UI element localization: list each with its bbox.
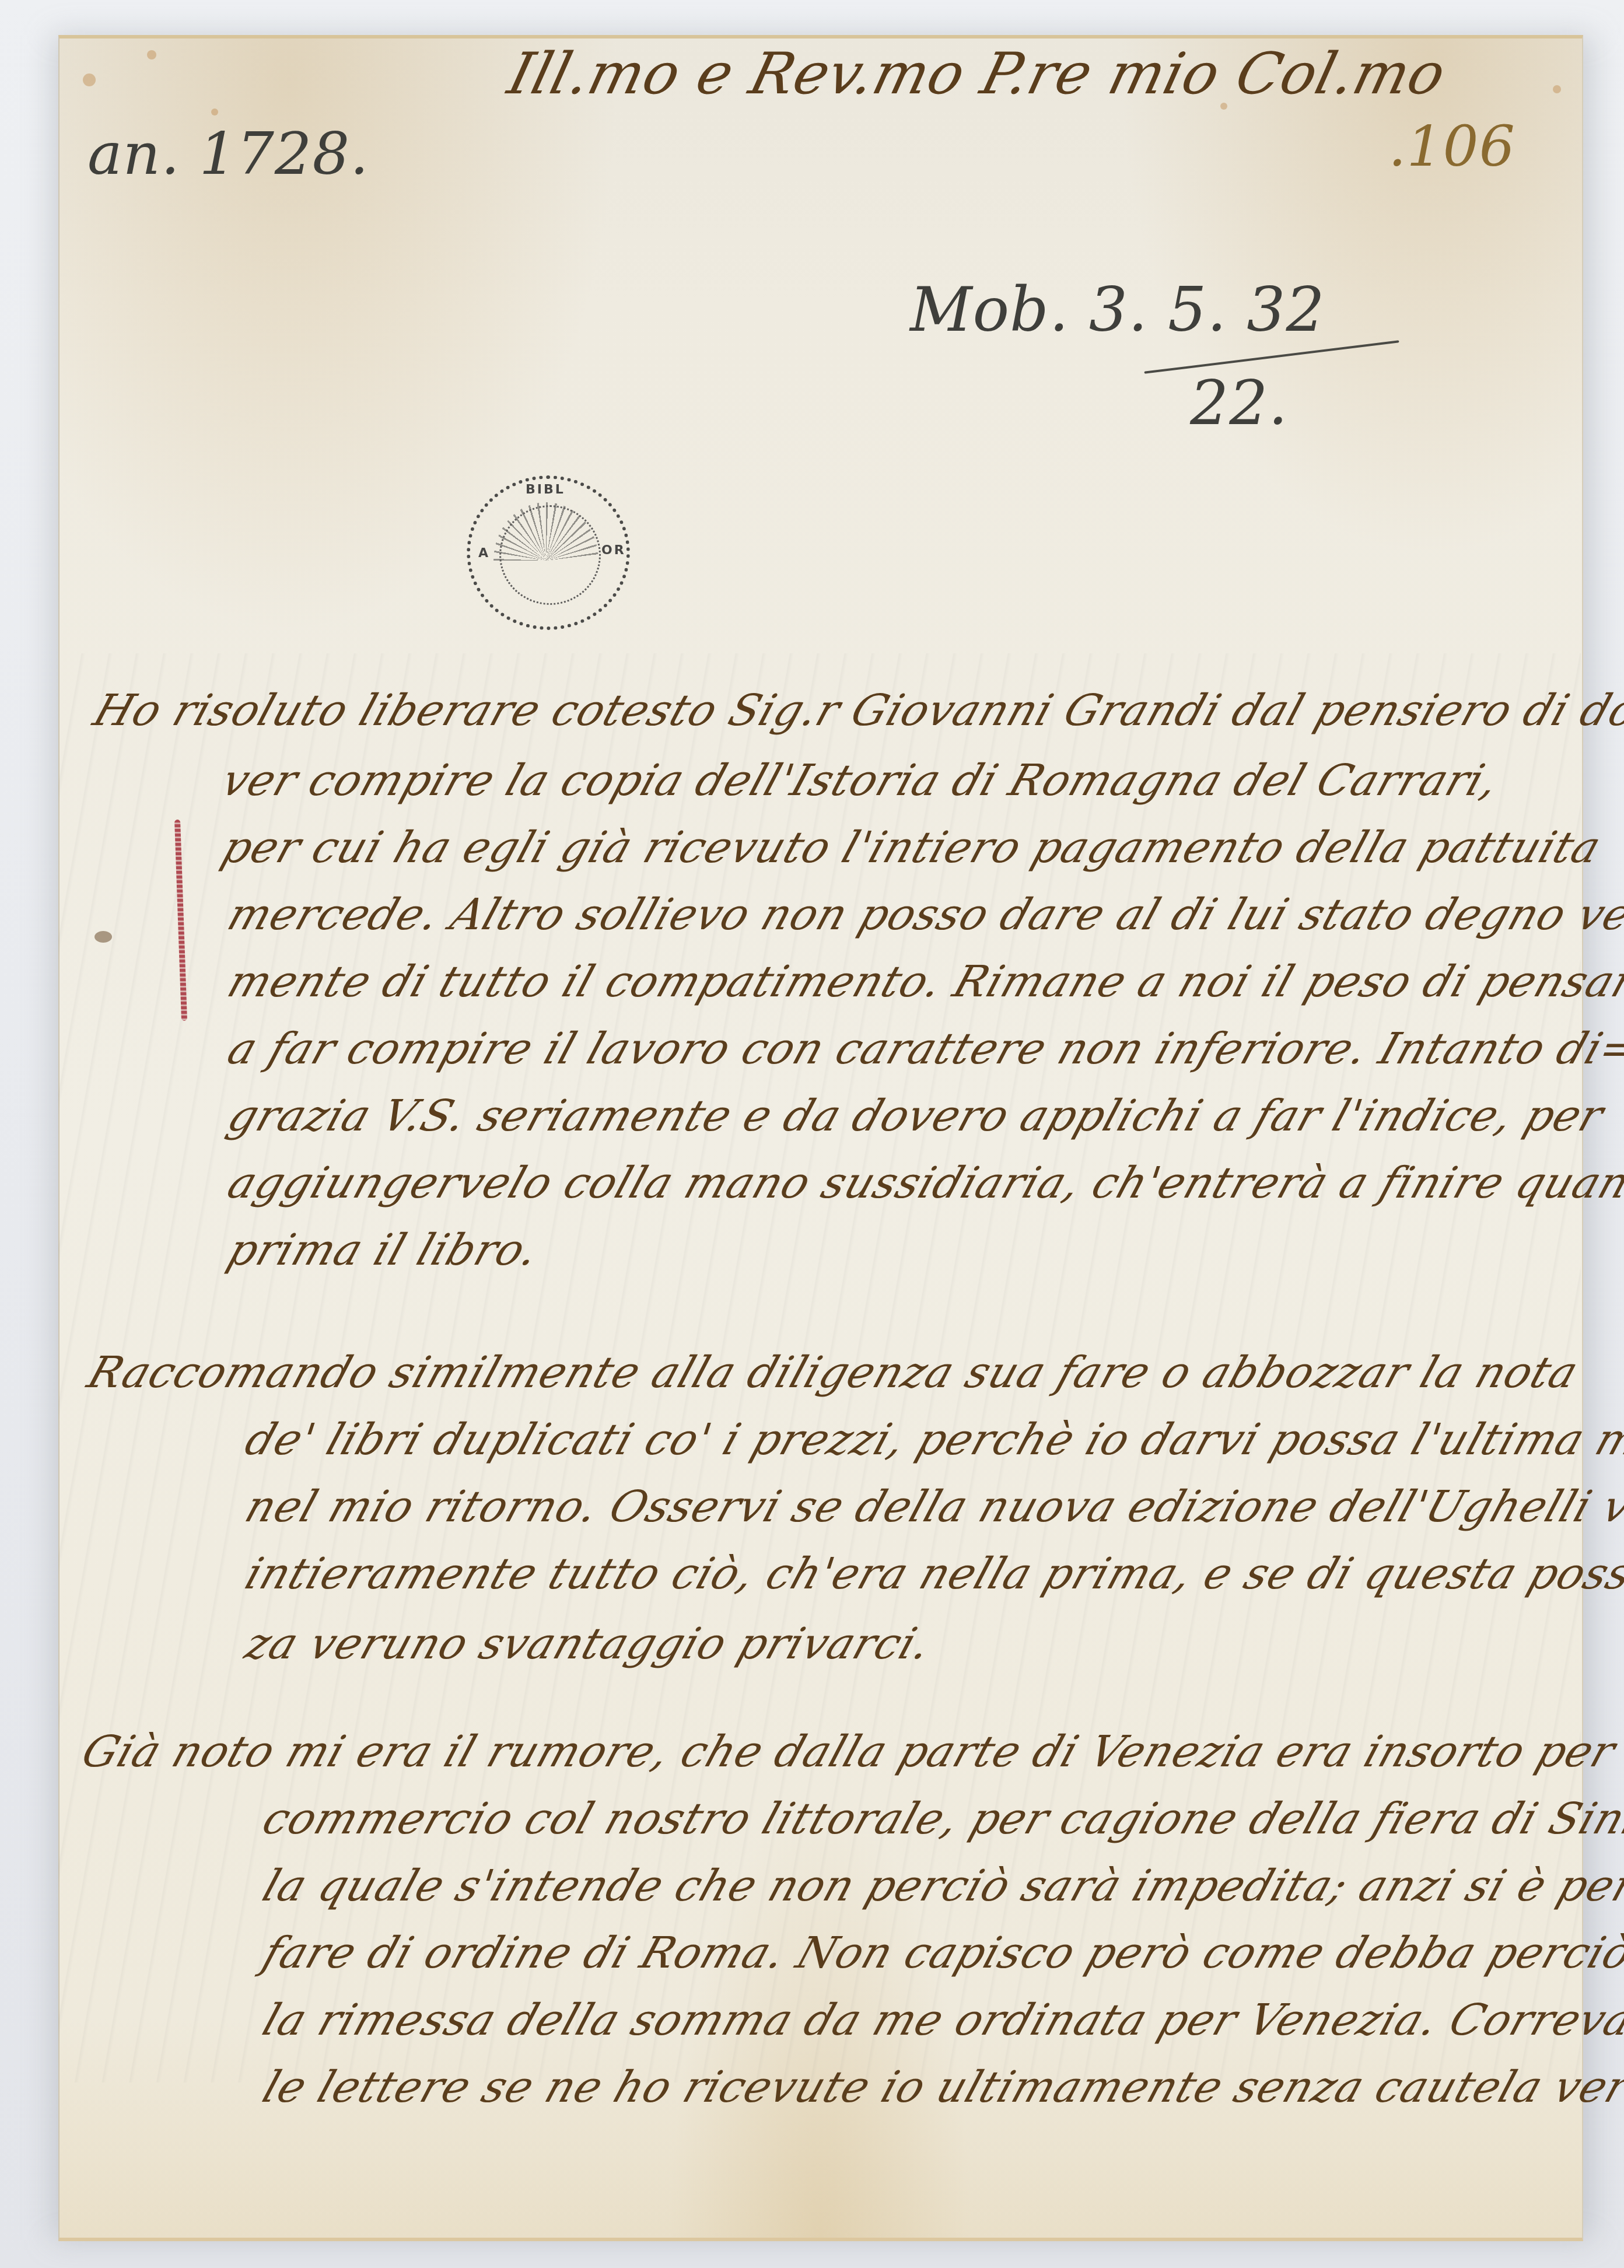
body-line: la rimessa della somma da me ordinata pe… [257, 1995, 1624, 2045]
body-line: mente di tutto il compatimento. Rimane a… [222, 957, 1624, 1007]
body-line: Già noto mi era il rumore, che dalla par… [76, 1727, 1624, 1777]
body-line: la quale s'intende che non perciò sarà i… [257, 1861, 1624, 1911]
body-line: a far compire il lavoro con carattere no… [222, 1024, 1624, 1074]
letter-body: Ho risoluto liberare cotesto Sig.r Giova… [0, 0, 1624, 2268]
body-line: intieramente tutto ciò, ch'era nella pri… [239, 1549, 1624, 1599]
body-line: nel mio ritorno. Osservi se della nuova … [239, 1482, 1624, 1532]
body-line: ver compire la copia dell'Istoria di Rom… [216, 755, 1506, 806]
body-line: grazia V.S. seriamente e da dovero appli… [222, 1091, 1610, 1141]
body-line: za veruno svantaggio privarci. [239, 1619, 937, 1669]
body-line: aggiungervelo colla mano sussidiaria, ch… [222, 1158, 1624, 1208]
body-line: fare di ordine di Roma. Non capisco però… [257, 1928, 1624, 1978]
body-line: le lettere se ne ho ricevute io ultimame… [257, 2062, 1624, 2112]
body-line: mercede. Altro sollievo non posso dare a… [222, 890, 1624, 940]
body-line: per cui ha egli già ricevuto l'intiero p… [216, 822, 1608, 873]
body-line: de' libri duplicati co' i prezzi, perchè… [239, 1415, 1624, 1465]
body-line: prima il libro. [222, 1225, 545, 1275]
body-line: commercio col nostro littorale, per cagi… [257, 1794, 1624, 1844]
body-line: Ho risoluto liberare cotesto Sig.r Giova… [87, 685, 1624, 736]
body-line: Raccomando similmente alla diligenza sua… [82, 1347, 1584, 1398]
